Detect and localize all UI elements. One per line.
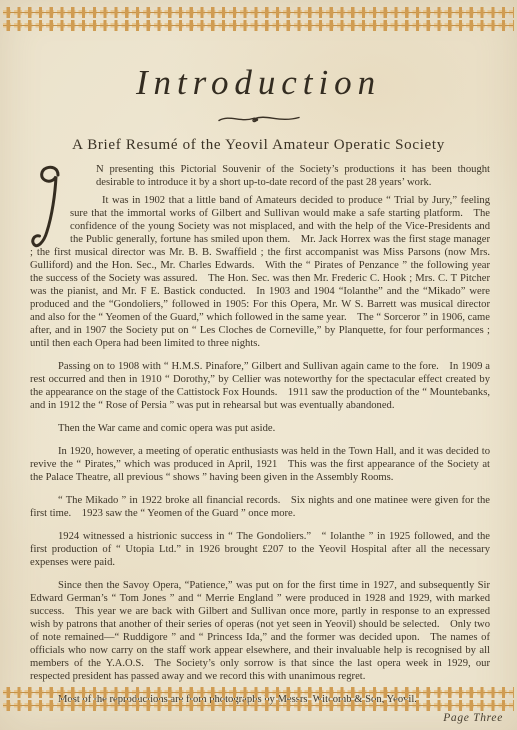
souvenir-page: Introduction A Brief Resumé of the Yeovi… bbox=[0, 0, 517, 730]
page-number: Page Three bbox=[443, 712, 503, 724]
cross-ornament-row bbox=[3, 7, 514, 18]
flourish-icon bbox=[217, 112, 301, 126]
paragraph: In 1920, however, a meeting of operatic … bbox=[30, 445, 490, 484]
page-title: Introduction bbox=[0, 62, 517, 104]
cross-ornament-row bbox=[3, 687, 514, 698]
ornamental-border-top bbox=[3, 7, 514, 31]
introduction-text: I N presenting this Pictorial Souvenir o… bbox=[30, 163, 490, 684]
paragraph: Since then the Savoy Opera, “Patience,” … bbox=[30, 579, 490, 683]
paragraph: It was in 1902 that a little band of Ama… bbox=[30, 194, 490, 350]
page-subtitle: A Brief Resumé of the Yeovil Amateur Ope… bbox=[0, 137, 517, 154]
paragraph: “ The Mikado ” in 1922 broke all financi… bbox=[30, 494, 490, 520]
paragraph-text: It was in 1902 that a little band of Ama… bbox=[30, 195, 490, 349]
cross-ornament-row bbox=[3, 20, 514, 31]
paragraph: 1924 witnessed a histrionic success in “… bbox=[30, 530, 490, 569]
paragraph: N presenting this Pictorial Souvenir of … bbox=[96, 163, 490, 189]
script-initial-icon: I bbox=[30, 164, 64, 252]
paragraph: Then the War came and comic opera was pu… bbox=[30, 422, 490, 435]
cross-ornament-row bbox=[3, 700, 514, 711]
ornamental-border-bottom bbox=[3, 687, 514, 711]
paragraph: Passing on to 1908 with “ H.M.S. Pinafor… bbox=[30, 360, 490, 412]
